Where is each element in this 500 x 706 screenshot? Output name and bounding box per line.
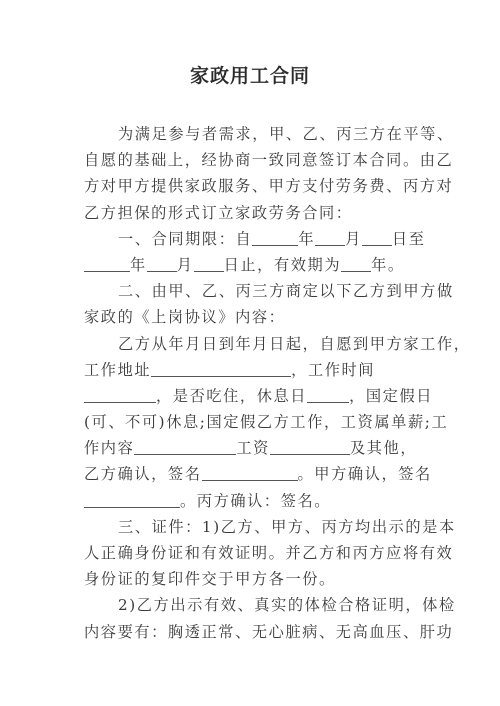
text-line: 乙方从年月日到年月日起，自愿到甲方家工作， — [84, 331, 419, 357]
fill-in-blank — [151, 361, 291, 377]
text-line: 2)乙方出示有效、真实的体检合格证明，体检 — [84, 592, 419, 618]
text-segment: 2)乙方出示有效、真实的体检合格证明，体检 — [118, 596, 456, 614]
text-segment: ，工作时间 — [291, 361, 375, 379]
text-line: 内容要有：胸透正常、无心脏病、无高血压、肝功 — [84, 619, 419, 645]
text-segment: 工作地址 — [84, 361, 151, 379]
text-segment: 人正确身份证和有效证明。并乙方和丙方应将有效 — [84, 544, 453, 562]
text-line: 乙方担保的形式订立家政劳务合同： — [84, 200, 419, 226]
text-line: 。丙方确认：签名。 — [84, 488, 419, 514]
text-segment: 日至 — [392, 230, 426, 248]
text-line: 自愿的基础上，经协商一致同意签订本合同。由乙 — [84, 147, 419, 173]
text-segment: 身份证的复印件交于甲方各一份。 — [84, 570, 336, 588]
text-segment: 年 — [298, 230, 315, 248]
fill-in-blank — [202, 465, 298, 481]
fill-in-blank — [134, 439, 236, 455]
text-line: 一、合同期限：自年月日至 — [84, 226, 419, 252]
text-segment: 月 — [345, 230, 362, 248]
text-segment: 及其他， — [350, 439, 417, 457]
fill-in-blank — [84, 492, 180, 508]
text-line: 三、证件：1)乙方、甲方、丙方均出示的是本 — [84, 514, 419, 540]
text-line: 工作地址，工作时间 — [84, 357, 419, 383]
fill-in-blank — [362, 230, 392, 246]
text-line: (可、不可)休息;国定假乙方工作，工资属单薪;工 — [84, 409, 419, 435]
text-line: 身份证的复印件交于甲方各一份。 — [84, 566, 419, 592]
fill-in-blank — [84, 387, 156, 403]
text-segment: 年。 — [371, 256, 405, 274]
text-segment: 。甲方确认，签名 — [298, 465, 432, 483]
text-segment: 内容要有：胸透正常、无心脏病、无高血压、肝功 — [84, 623, 453, 641]
fill-in-blank — [147, 256, 177, 272]
fill-in-blank — [194, 256, 224, 272]
text-line: 乙方确认，签名。甲方确认，签名 — [84, 461, 419, 487]
fill-in-blank — [307, 387, 349, 403]
text-segment: 年 — [130, 256, 147, 274]
text-segment: 。丙方确认：签名。 — [180, 492, 331, 510]
text-line: 年月日止，有效期为年。 — [84, 252, 419, 278]
text-segment: 乙方确认，签名 — [84, 465, 202, 483]
text-line: 作内容工资及其他， — [84, 435, 419, 461]
text-segment: 为满足参与者需求，甲、乙、丙三方在平等、 — [118, 125, 454, 143]
text-segment: 方对甲方提供家政服务、甲方支付劳务费、丙方对 — [84, 177, 453, 195]
text-segment: 工资 — [236, 439, 270, 457]
text-segment: 一、合同期限：自 — [118, 230, 252, 248]
text-segment: 乙方从年月日到年月日起，自愿到甲方家工作， — [118, 335, 471, 353]
text-line: 二、由甲、乙、丙三方商定以下乙方到甲方做 — [84, 278, 419, 304]
text-line: 为满足参与者需求，甲、乙、丙三方在平等、 — [84, 121, 419, 147]
text-line: 人正确身份证和有效证明。并乙方和丙方应将有效 — [84, 540, 419, 566]
text-line: ，是否吃住，休息日，国定假日 — [84, 383, 419, 409]
text-segment: 月 — [177, 256, 194, 274]
fill-in-blank — [315, 230, 345, 246]
text-segment: 乙方担保的形式订立家政劳务合同： — [84, 204, 353, 222]
fill-in-blank — [270, 439, 350, 455]
text-line: 家政的《上岗协议》内容： — [84, 304, 419, 330]
text-segment: 二、由甲、乙、丙三方商定以下乙方到甲方做 — [118, 282, 454, 300]
fill-in-blank — [252, 230, 298, 246]
text-segment: 作内容 — [84, 439, 134, 457]
text-segment: ，是否吃住，休息日 — [156, 387, 307, 405]
text-segment: ，国定假日 — [349, 387, 433, 405]
document-title: 家政用工合同 — [0, 61, 500, 88]
text-line: 方对甲方提供家政服务、甲方支付劳务费、丙方对 — [84, 173, 419, 199]
document-body: 为满足参与者需求，甲、乙、丙三方在平等、自愿的基础上，经协商一致同意签订本合同。… — [84, 121, 419, 645]
text-segment: (可、不可)休息;国定假乙方工作，工资属单薪;工 — [84, 413, 448, 431]
document-page: 家政用工合同 为满足参与者需求，甲、乙、丙三方在平等、自愿的基础上，经协商一致同… — [0, 0, 500, 706]
text-segment: 自愿的基础上，经协商一致同意签订本合同。由乙 — [84, 151, 453, 169]
text-segment: 家政的《上岗协议》内容： — [84, 308, 285, 326]
fill-in-blank — [84, 256, 130, 272]
text-segment: 日止，有效期为 — [224, 256, 342, 274]
fill-in-blank — [341, 256, 371, 272]
text-segment: 三、证件：1)乙方、甲方、丙方均出示的是本 — [118, 518, 456, 536]
